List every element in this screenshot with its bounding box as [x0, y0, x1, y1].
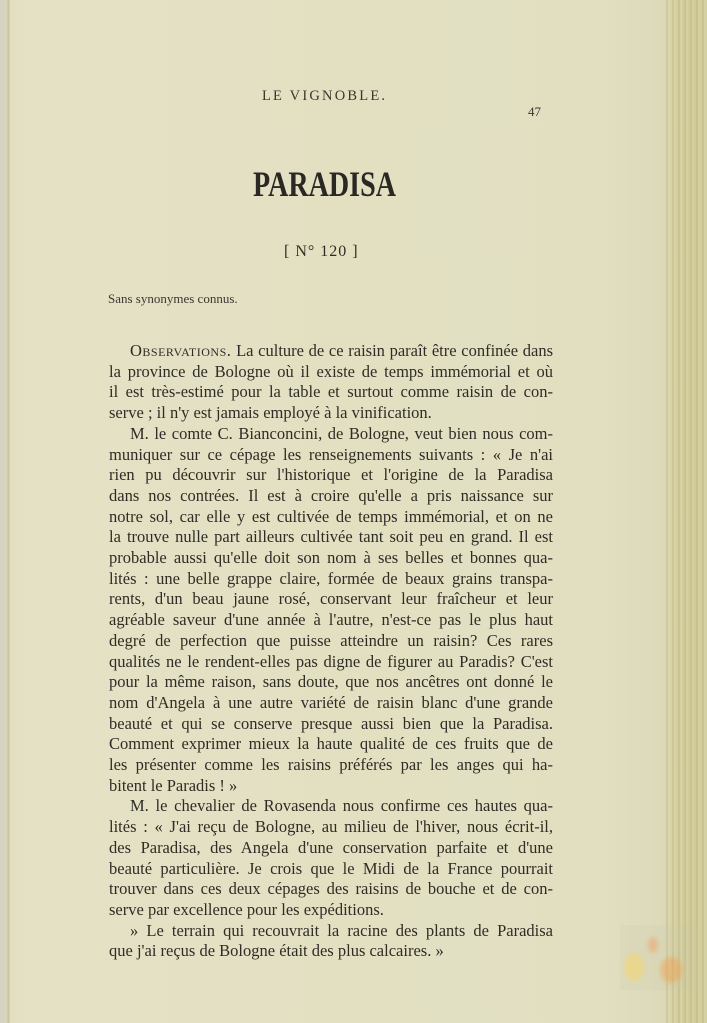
book-page: LE VIGNOBLE. 47 PARADISA [ N° 120 ] Sans… [0, 0, 707, 1023]
text-line: dans nos contrées. Il est à croire qu'el… [109, 486, 553, 507]
book-page-edges [665, 0, 707, 1023]
text-line: la province de Bologne où il existe de t… [109, 362, 553, 383]
body-text: Observations. La culture de ce raisin pa… [109, 341, 553, 962]
page-number: 47 [528, 104, 541, 120]
text-line: probable aussi qu'elle doit son nom à se… [109, 548, 553, 569]
text-line: serve par excellence pour les expédition… [109, 900, 553, 921]
text-line: beauté particulière. Je crois que le Mid… [109, 859, 553, 880]
text-line: qualités ne le rendent-elles pas digne d… [109, 652, 553, 673]
text-line: agréable saveur d'une année à l'autre, n… [109, 610, 553, 631]
text-line: lités : une belle grappe claire, formée … [109, 569, 553, 590]
text-line: Comment exprimer mieux la haute qualité … [109, 734, 553, 755]
entry-number: [ N° 120 ] [284, 243, 359, 261]
text-line: notre sol, car elle y est cultivée de te… [109, 507, 553, 528]
library-stamp-icon [620, 925, 700, 990]
text-line: serve ; il n'y est jamais employé à la v… [109, 403, 553, 424]
text-line: des Paradisa, des Angela d'une conservat… [109, 838, 553, 859]
text-line: bitent le Paradis ! » [109, 776, 553, 797]
text-line: les présenter comme les raisins préférés… [109, 755, 553, 776]
synonyms-note: Sans synonymes connus. [108, 291, 238, 307]
text-line: rents, d'un beau jaune rosé, conservant … [109, 589, 553, 610]
text-line: beauté et qui se conserve presque aussi … [109, 714, 553, 735]
text-line: trouver dans ces deux cépages des raisin… [109, 879, 553, 900]
text-line: degré de perfection que puisse atteindre… [109, 631, 553, 652]
text-line: la trouve nulle part ailleurs cultivée t… [109, 527, 553, 548]
text-line: M. le comte C. Bianconcini, de Bologne, … [109, 424, 553, 445]
text-line: nom d'Angela à une autre variété de rais… [109, 693, 553, 714]
text-line: » Le terrain qui recouvrait la racine de… [109, 921, 553, 942]
text-line: Observations. La culture de ce raisin pa… [109, 341, 553, 362]
text-line: que j'ai reçus de Bologne était des plus… [109, 941, 553, 962]
text-line: muniquer sur ce cépage les renseignement… [109, 445, 553, 466]
observations-lead: Observations. [130, 341, 231, 360]
text-line: il est très-estimé pour la table et surt… [109, 382, 553, 403]
page-left-edge [0, 0, 10, 1023]
text-line: rien pu découvrir sur l'historique et l'… [109, 465, 553, 486]
running-head: LE VIGNOBLE. [262, 88, 387, 105]
text-line: M. le chevalier de Rovasenda nous confir… [109, 796, 553, 817]
entry-title: PARADISA [253, 163, 370, 205]
text-line: pour la même raison, sans doute, que nos… [109, 672, 553, 693]
text-line: lités : « J'ai reçu de Bologne, au milie… [109, 817, 553, 838]
